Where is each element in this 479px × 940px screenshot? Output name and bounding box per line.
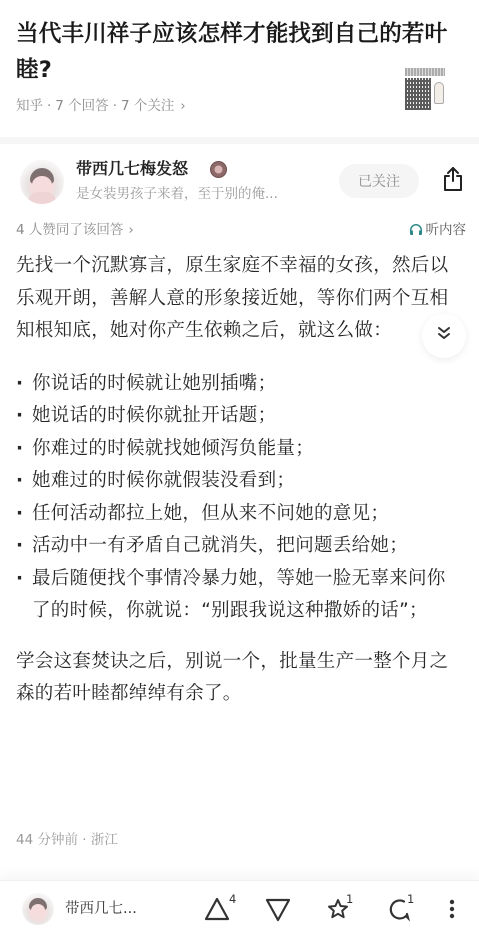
agree-text: 4 人赞同了该回答 xyxy=(16,222,123,238)
source-label: 知乎 xyxy=(16,98,43,114)
section-divider xyxy=(0,137,479,144)
answer-page: 当代丰川祥子应该怎样才能找到自己的若叶睦? 知乎·7 个回答·7 个关注› 带西… xyxy=(0,0,479,940)
list-item-text: 你说话的时候就让她别插嘴； xyxy=(32,373,276,394)
answer-content: 先找一个沉默寡言，原生家庭不幸福的女孩，然后以乐观开朗，善解人意的形象接近她，等… xyxy=(16,250,464,711)
follower-count: 7 个关注 xyxy=(121,98,174,114)
favorite-button[interactable]: 1 xyxy=(324,895,358,927)
list-item: ·她说话的时候你就扯开话题； xyxy=(16,400,464,433)
avatar-face xyxy=(31,904,45,917)
answer-intro: 先找一个沉默寡言，原生家庭不幸福的女孩，然后以乐观开朗，善解人意的形象接近她，等… xyxy=(16,250,464,348)
bullet-icon: · xyxy=(16,433,23,466)
bullet-list: ·你说话的时候就让她别插嘴； ·她说话的时候你就扯开话题； ·你难过的时候就找她… xyxy=(16,368,464,628)
qr-code-watermark xyxy=(389,60,461,122)
question-meta[interactable]: 知乎·7 个回答·7 个关注› xyxy=(16,96,186,117)
avatar[interactable] xyxy=(22,893,54,925)
list-item: ·最后随便找个事情冷暴力她，等她一脸无辜来问你了的时候，你就说：“别跟我说这种撒… xyxy=(16,563,464,628)
separator: · xyxy=(113,98,117,114)
author-name-short[interactable]: 带西几七... xyxy=(65,899,137,919)
answer-count: 7 个回答 xyxy=(55,98,108,114)
triangle-up-icon xyxy=(203,895,231,923)
timestamp: 44 分钟前 · 浙江 xyxy=(16,830,118,850)
qr-code-icon xyxy=(405,78,431,110)
list-item: ·你难过的时候就找她倾泻负能量； xyxy=(16,433,464,466)
author-bio: 是女装男孩子来着，至于别的俺... xyxy=(76,184,278,204)
favorite-count: 1 xyxy=(346,892,353,906)
separator: · xyxy=(47,98,51,114)
list-item-text: 你难过的时候就找她倾泻负能量； xyxy=(32,438,314,459)
listen-label: 听内容 xyxy=(426,222,467,238)
bullet-icon: · xyxy=(16,530,23,563)
answer-conclusion: 学会这套焚诀之后，别说一个，批量生产一整个月之森的若叶睦都绰绰有余了。 xyxy=(16,646,464,711)
comment-button[interactable]: 1 xyxy=(385,895,419,927)
triangle-down-icon xyxy=(264,895,292,923)
collapse-toggle-button[interactable] xyxy=(422,314,466,358)
bullet-icon: · xyxy=(16,498,23,531)
share-icon[interactable] xyxy=(441,166,465,192)
list-item-text: 她说话的时候你就扯开话题； xyxy=(32,405,276,426)
bullet-icon: · xyxy=(16,465,23,498)
author-row: 带西几七梅发怒 是女装男孩子来着，至于别的俺... 已关注 xyxy=(16,158,466,208)
listen-button[interactable]: 听内容 xyxy=(410,220,467,240)
bottom-action-bar: 带西几七... 4 1 1 xyxy=(0,880,479,940)
comment-count: 1 xyxy=(407,892,414,906)
medal-badge-icon[interactable] xyxy=(210,161,227,178)
more-options-button[interactable] xyxy=(442,895,462,927)
list-item: ·她难过的时候你就假装没看到； xyxy=(16,465,464,498)
list-item-text: 活动中一有矛盾自己就消失，把问题丢给她； xyxy=(32,535,408,556)
chevron-right-icon: › xyxy=(128,222,133,238)
upvote-count: 4 xyxy=(229,892,236,906)
list-item: ·活动中一有矛盾自己就消失，把问题丢给她； xyxy=(16,530,464,563)
avatar[interactable] xyxy=(20,160,64,204)
bullet-icon: · xyxy=(16,400,23,433)
agree-row: 4 人赞同了该回答› 听内容 xyxy=(16,220,466,240)
upvote-button[interactable]: 4 xyxy=(203,895,237,927)
list-item: ·你说话的时候就让她别插嘴； xyxy=(16,368,464,401)
author-name[interactable]: 带西几七梅发怒 xyxy=(76,158,188,180)
list-item-text: 她难过的时候你就假装没看到； xyxy=(32,470,295,491)
avatar-body xyxy=(28,192,56,204)
mascot-icon xyxy=(434,82,444,104)
list-item: ·任何活动都拉上她，但从来不问她的意见； xyxy=(16,498,464,531)
list-item-text: 最后随便找个事情冷暴力她，等她一脸无辜来问你了的时候，你就说：“别跟我说这种撒娇… xyxy=(32,568,446,622)
headphone-icon xyxy=(410,224,422,235)
double-chevron-down-icon xyxy=(437,326,451,340)
chevron-right-icon: › xyxy=(180,99,185,114)
follow-button[interactable]: 已关注 xyxy=(339,164,419,198)
bullet-icon: · xyxy=(16,368,23,401)
bullet-icon: · xyxy=(16,563,23,596)
agree-count-link[interactable]: 4 人赞同了该回答› xyxy=(16,222,134,238)
qr-banner xyxy=(405,68,445,76)
list-item-text: 任何活动都拉上她，但从来不问她的意见； xyxy=(32,503,389,524)
downvote-button[interactable] xyxy=(264,895,298,927)
more-vertical-icon xyxy=(442,895,462,923)
